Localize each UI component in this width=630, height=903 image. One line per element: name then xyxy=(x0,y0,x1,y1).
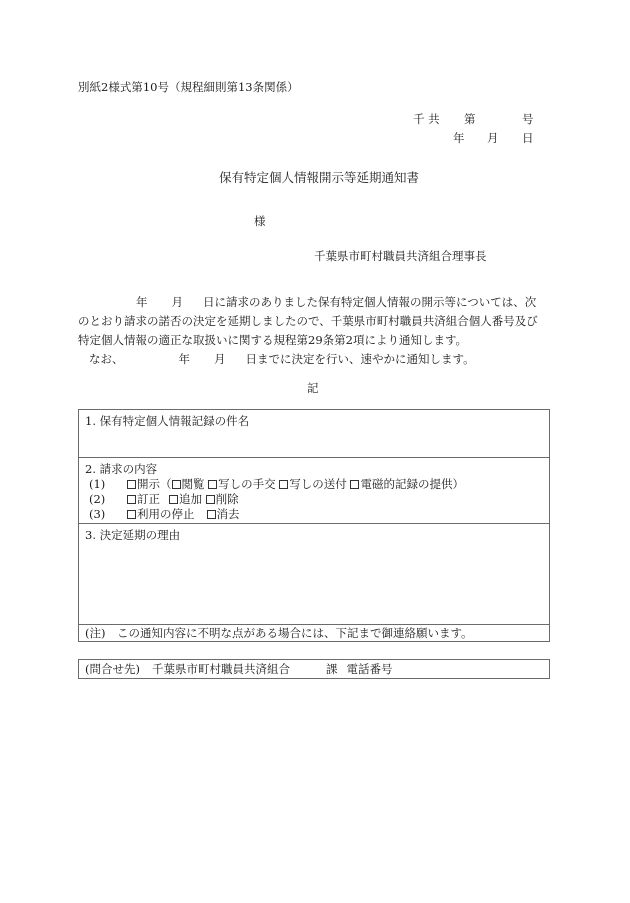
checkbox-addition[interactable] xyxy=(169,495,178,504)
contact-ka: 課 xyxy=(326,662,338,676)
contact-org: 千葉県市町村職員共済組合 xyxy=(152,662,290,676)
contact-label: (問合せ先) xyxy=(85,662,140,676)
contact-phone-label: 電話番号 xyxy=(346,662,392,676)
date-month: 月 xyxy=(487,133,499,145)
date-day: 日 xyxy=(522,133,534,145)
checkbox-electronic-record[interactable] xyxy=(350,480,359,489)
ki-heading: 記 xyxy=(307,383,319,395)
request-item-1: (1)開示（閲覧 写しの手交 写しの送付 電磁的記録の提供） xyxy=(85,477,543,492)
checkbox-copy-mailing[interactable] xyxy=(279,480,288,489)
section-request-content: 2. 請求の内容 (1)開示（閲覧 写しの手交 写しの送付 電磁的記録の提供） … xyxy=(79,457,549,523)
note-row: (注) この通知内容に不明な点がある場合には、下記まで御連絡願います。 xyxy=(79,624,549,641)
date-year: 年 xyxy=(453,133,465,145)
body-line-1: 年月日に請求のありました保有特定個人情報の開示等については、次 xyxy=(78,293,558,312)
body-line-3: 特定個人情報の適正な取扱いに関する規程第29条第2項により通知します。 xyxy=(78,331,558,350)
reference-dai: 第 xyxy=(464,114,476,126)
checkbox-erasure[interactable] xyxy=(207,510,216,519)
checkbox-correction[interactable] xyxy=(127,495,136,504)
body-line-4: なお、年月日までに決定を行い、速やかに通知します。 xyxy=(78,350,558,369)
contact-box: (問合せ先)千葉県市町村職員共済組合課電話番号 xyxy=(78,659,550,679)
document-title: 保有特定個人情報開示等延期通知書 xyxy=(219,172,419,185)
section-delay-reason: 3. 決定延期の理由 xyxy=(79,523,549,624)
checkbox-copy-handover[interactable] xyxy=(208,480,217,489)
form-number: 別紙2様式第10号（規程細則第13条関係） xyxy=(78,82,299,94)
reference-prefix: 千 共 xyxy=(413,114,440,126)
section-record-name: 1. 保有特定個人情報記録の件名 xyxy=(79,410,549,457)
body-line-2: のとおり請求の諾否の決定を延期しましたので、千葉県市町村職員共済組合個人番号及び xyxy=(78,312,558,331)
request-item-2: (2)訂正追加 削除 xyxy=(85,492,543,507)
checkbox-disclosure[interactable] xyxy=(127,480,136,489)
request-item-3: (3)利用の停止消去 xyxy=(85,507,543,522)
checkbox-deletion[interactable] xyxy=(206,495,215,504)
sender-name: 千葉県市町村職員共済組合理事長 xyxy=(314,251,487,263)
addressee-suffix: 様 xyxy=(254,216,266,228)
details-table: 1. 保有特定個人情報記録の件名 2. 請求の内容 (1)開示（閲覧 写しの手交… xyxy=(78,409,550,642)
checkbox-viewing[interactable] xyxy=(172,480,181,489)
reference-go: 号 xyxy=(522,114,534,126)
checkbox-stop-use[interactable] xyxy=(127,510,136,519)
body-text: 年月日に請求のありました保有特定個人情報の開示等については、次 のとおり請求の諾… xyxy=(78,293,558,369)
